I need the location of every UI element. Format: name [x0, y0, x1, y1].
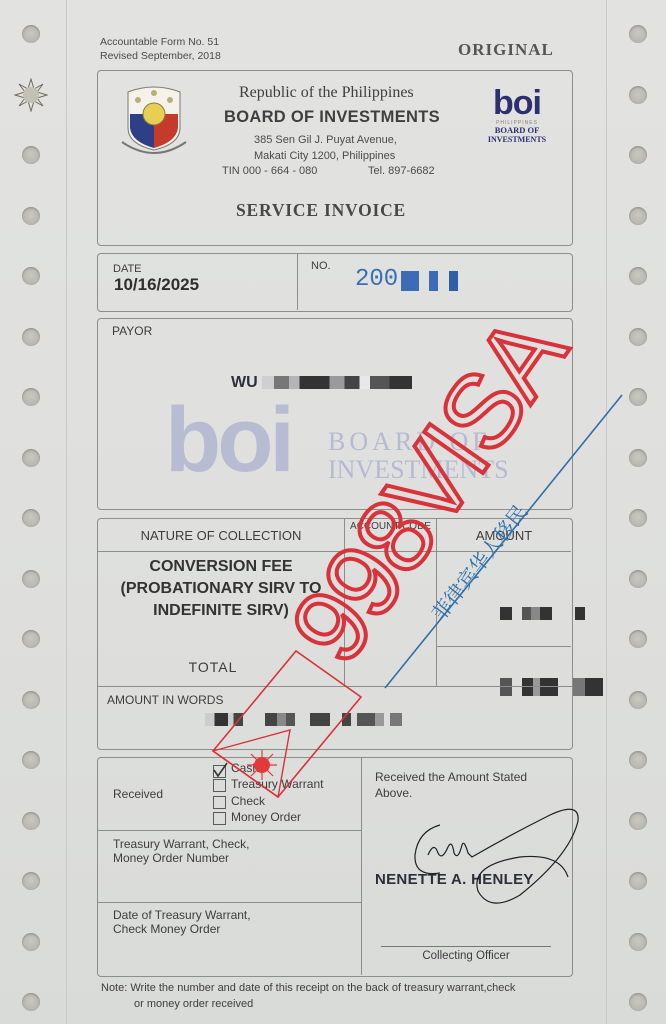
tractor-hole: [22, 509, 40, 527]
footer-note-1: Note: Write the number and date of this …: [101, 980, 515, 996]
item-line3: INDEFINITE SIRV): [98, 600, 344, 622]
tractor-hole: [22, 812, 40, 830]
footer-note: Note: Write the number and date of this …: [101, 980, 515, 1012]
instrument-date-label-1: Date of Treasury Warrant,: [113, 908, 251, 922]
date-label: DATE: [113, 263, 142, 275]
tractor-hole: [22, 933, 40, 951]
tractor-hole: [629, 691, 647, 709]
header-agency: BOARD OF INVESTMENTS: [224, 108, 440, 127]
tractor-hole: [629, 388, 647, 406]
header-nature: NATURE OF COLLECTION: [98, 528, 344, 543]
option-cash: Cash: [231, 761, 259, 775]
header-tel: Tel. 897-6682: [368, 165, 435, 177]
instrument-number-label-1: Treasury Warrant, Check,: [113, 837, 249, 851]
date-number-divider: [297, 254, 298, 310]
payment-row-divider-2: [98, 902, 361, 903]
checkbox-check[interactable]: [213, 796, 226, 809]
signature-line: [381, 946, 551, 947]
invoice-number: 200: [355, 266, 458, 293]
tractor-hole: [22, 872, 40, 890]
boi-logo-line2: INVESTMENTS: [482, 135, 552, 144]
checkbox-money-order[interactable]: [213, 812, 226, 825]
received-statement-1: Received the Amount Stated: [375, 769, 527, 785]
payor-label: PAYOR: [112, 324, 152, 338]
redacted-block: [205, 713, 243, 726]
tractor-hole: [22, 328, 40, 346]
tractor-hole: [629, 993, 647, 1011]
watermark-logo-text: boi: [165, 389, 291, 491]
col-divider-1: [344, 519, 345, 686]
tractor-hole: [629, 146, 647, 164]
tractor-hole: [629, 630, 647, 648]
redacted-block: [310, 713, 330, 726]
redacted-block: [429, 271, 438, 291]
watermark-line2: INVESTMENTS: [328, 456, 509, 484]
right-tear-line: [606, 0, 607, 1024]
tractor-hole: [22, 993, 40, 1011]
tractor-hole: [22, 691, 40, 709]
tractor-hole: [629, 751, 647, 769]
redacted-block: [449, 271, 458, 291]
tractor-hole: [629, 449, 647, 467]
redacted-block: [342, 713, 402, 726]
amount-in-words-label: AMOUNT IN WORDS: [107, 693, 223, 707]
boi-watermark: boi: [165, 395, 291, 485]
instrument-date-label-2: Check Money Order: [113, 922, 251, 936]
header-republic: Republic of the Philippines: [239, 84, 414, 102]
amount-in-words-value: [205, 711, 402, 729]
header-account-code: ACCOUNT CODE: [345, 521, 436, 533]
date-value: 10/16/2025: [114, 275, 199, 295]
table-header-divider: [98, 551, 571, 552]
tractor-hole: [22, 267, 40, 285]
tractor-hole: [22, 25, 40, 43]
tractor-hole: [629, 328, 647, 346]
tractor-hole: [22, 449, 40, 467]
footer-note-2: or money order received: [101, 996, 515, 1012]
redacted-block: [573, 678, 603, 696]
tractor-hole: [629, 267, 647, 285]
received-label: Received: [113, 787, 163, 801]
tractor-hole: [629, 812, 647, 830]
officer-title: Collecting Officer: [381, 950, 551, 962]
form-number: Accountable Form No. 51: [100, 36, 219, 49]
redacted-block: [265, 713, 295, 726]
tractor-hole: [629, 933, 647, 951]
watermark-text: BOARD OF INVESTMENTS: [328, 428, 509, 484]
signature: [400, 795, 590, 910]
tractor-hole: [22, 751, 40, 769]
tractor-hole: [22, 146, 40, 164]
invoice-paper: Accountable Form No. 51 Revised Septembe…: [0, 0, 666, 1024]
tractor-hole: [22, 388, 40, 406]
option-money-order: Money Order: [231, 810, 301, 824]
item-line1: CONVERSION FEE: [98, 556, 344, 578]
tractor-hole: [629, 86, 647, 104]
document-title: SERVICE INVOICE: [236, 200, 406, 221]
coat-of-arms-icon: [120, 84, 188, 160]
tractor-hole: [629, 25, 647, 43]
redacted-block: [500, 607, 512, 620]
total-divider: [437, 646, 571, 647]
tractor-hole: [22, 630, 40, 648]
col-divider-2: [436, 519, 437, 686]
header-address-2: Makati City 1200, Philippines: [254, 150, 395, 162]
collection-item: CONVERSION FEE (PROBATIONARY SIRV TO IND…: [98, 556, 344, 622]
redacted-block: [522, 607, 552, 620]
total-label: TOTAL: [98, 659, 328, 675]
redacted-name-block: [262, 376, 412, 389]
payment-row-divider-1: [98, 830, 361, 831]
copy-label: ORIGINAL: [458, 40, 554, 60]
instrument-number-label: Treasury Warrant, Check, Money Order Num…: [113, 837, 249, 865]
option-check: Check: [231, 794, 265, 808]
number-label: NO.: [311, 260, 331, 272]
header-tin: TIN 000 - 664 - 080: [222, 165, 317, 177]
tractor-hole: [629, 509, 647, 527]
watermark-line1: BOARD OF: [328, 428, 509, 456]
item-amount: [500, 605, 585, 623]
tractor-hole: [629, 207, 647, 225]
header-amount: AMOUNT: [437, 528, 571, 543]
tractor-hole: [22, 570, 40, 588]
boi-logo-text: boi: [482, 86, 552, 120]
tractor-hole: [629, 570, 647, 588]
payment-divider: [361, 758, 362, 975]
redacted-block: [575, 607, 585, 620]
checkbox-treasury-warrant[interactable]: [213, 779, 226, 792]
redacted-block: [401, 271, 419, 291]
option-treasury-warrant: Treasury Warrant: [231, 777, 323, 791]
instrument-date-label: Date of Treasury Warrant, Check Money Or…: [113, 908, 251, 936]
form-revised: Revised September, 2018: [100, 50, 221, 63]
left-tear-line: [66, 0, 67, 1024]
invoice-number-visible: 200: [355, 266, 398, 293]
checkmark-icon: [212, 762, 228, 778]
tractor-hole: [22, 207, 40, 225]
header-address-1: 385 Sen Gil J. Puyat Avenue,: [254, 134, 397, 146]
star-punch-icon: [14, 78, 48, 112]
boi-logo: boi PHILIPPINES BOARD OF INVESTMENTS: [482, 86, 552, 144]
boi-logo-line1: BOARD OF: [482, 126, 552, 135]
tractor-hole: [629, 872, 647, 890]
instrument-number-label-2: Money Order Number: [113, 851, 249, 865]
item-line2: (PROBATIONARY SIRV TO: [98, 578, 344, 600]
